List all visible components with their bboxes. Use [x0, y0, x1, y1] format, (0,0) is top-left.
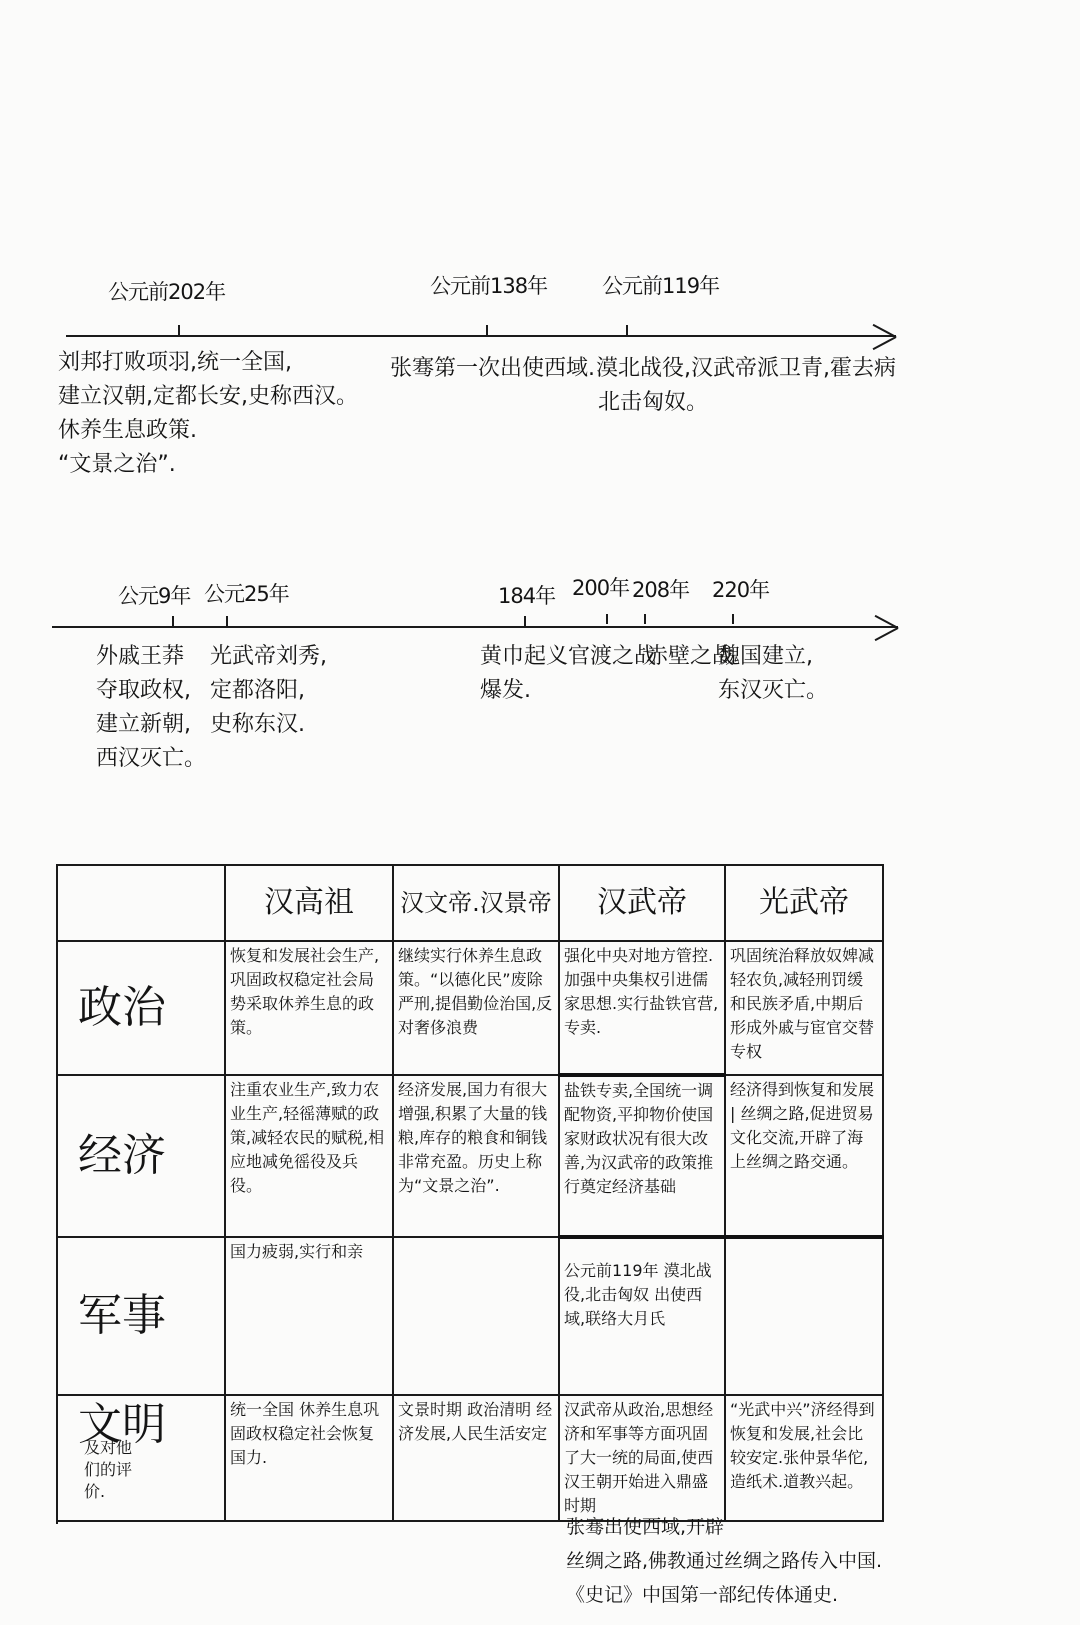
table-cell: [725, 1237, 883, 1395]
event-line: 爆发.: [480, 674, 568, 708]
table-cell: 继续实行休养生息政策。“以德化民”废除严刑,提倡勤俭治国,反对奢侈浪费: [393, 941, 559, 1075]
table-cell: 统一全国 休养生息巩固政权稳定社会恢复国力.: [225, 1395, 393, 1521]
column-header: 汉文帝.汉景帝: [393, 865, 559, 941]
table-row: 政治 恢复和发展社会生产,巩固政权稳定社会局势采取休养生息的政策。 继续实行休养…: [57, 941, 883, 1075]
timeline-tick: [606, 614, 608, 624]
table-cell: 经济得到恢复和发展 | 丝绸之路,促进贸易文化交流,开辟了海上丝绸之路交通。: [725, 1075, 883, 1237]
table-cell: 巩固统治释放奴婢减轻农负,减轻刑罚缓和民族矛盾,中期后形成外戚与宦官交替专权: [725, 941, 883, 1075]
row-header: 经济: [57, 1075, 225, 1237]
event-line: 休养生息政策.: [58, 414, 358, 448]
table-row: 军事 国力疲弱,实行和亲 公元前119年 漠北战役,北击匈奴 出使西域,联络大月…: [57, 1237, 883, 1395]
timeline-date: 208年: [632, 574, 689, 604]
timeline-tick: [486, 325, 488, 335]
timeline-tick: [178, 325, 180, 335]
table-cell: 汉武帝从政治,思想经济和军事等方面巩固了大一统的局面,使西汉王朝开始进入鼎盛时期: [559, 1395, 725, 1521]
timeline-tick: [732, 614, 734, 624]
timeline-date: 公元前119年: [602, 270, 719, 300]
event-line: 东汉灭亡。: [718, 674, 828, 708]
column-header: 汉武帝: [559, 865, 725, 941]
row-header: 军事: [57, 1237, 225, 1395]
timeline-event: 黄巾起义 爆发.: [480, 640, 568, 708]
timeline-event: 官渡之战: [568, 640, 656, 674]
timeline-tick: [524, 616, 526, 626]
event-line: 夺取政权,: [96, 674, 206, 708]
event-line: 西汉灭亡。: [96, 742, 206, 776]
timeline-tick: [644, 614, 646, 624]
table-cell: “光武中兴”济经得到恢复和发展,社会比较安定.张仲景华佗,造纸术.道教兴起。: [725, 1395, 883, 1521]
column-header: 汉高祖: [225, 865, 393, 941]
event-line: 漠北战役,汉武帝派卫青,霍去病: [596, 352, 896, 386]
timeline-tick: [226, 616, 228, 626]
timeline-date: 200年: [572, 572, 629, 602]
timeline-date: 184年: [498, 580, 555, 610]
event-line: 建立新朝,: [96, 708, 206, 742]
timeline-event: 外戚王莽 夺取政权, 建立新朝, 西汉灭亡。: [96, 640, 206, 776]
event-line: 光武帝刘秀,: [210, 640, 327, 674]
table-cell: 经济发展,国力有很大增强,积累了大量的钱粮,库存的粮食和铜钱非常充盈。历史上称为…: [393, 1075, 559, 1237]
column-header: 光武帝: [725, 865, 883, 941]
event-line: 建立汉朝,定都长安,史称西汉。: [58, 380, 358, 414]
event-line: 魏国建立,: [718, 640, 828, 674]
row-header-note: 及对他们的评价.: [84, 1437, 144, 1503]
table-cell: 恢复和发展社会生产,巩固政权稳定社会局势采取休养生息的政策。: [225, 941, 393, 1075]
table-row: 文明及对他们的评价. 统一全国 休养生息巩固政权稳定社会恢复国力. 文景时期 政…: [57, 1395, 883, 1521]
timeline-tick: [172, 616, 174, 626]
table-row: 经济 注重农业生产,致力农业生产,轻徭薄赋的政策,减轻农民的赋税,相应地减免徭役…: [57, 1075, 883, 1237]
note-line: 丝绸之路,佛教通过丝绸之路传入中国.: [566, 1544, 882, 1578]
timeline-tick: [626, 325, 628, 335]
timeline-date: 公元前138年: [430, 270, 547, 300]
timeline-event: 漠北战役,汉武帝派卫青,霍去病 北击匈奴。: [596, 352, 896, 420]
timeline-date: 公元25年: [204, 578, 289, 608]
table-cell: 盐铁专卖,全国统一调配物资,平抑物价使国家财政状况有很大改善,为汉武帝的政策推行…: [559, 1075, 725, 1237]
table-header-row: 汉高祖 汉文帝.汉景帝 汉武帝 光武帝: [57, 865, 883, 941]
table-cell: [393, 1237, 559, 1395]
row-header: 文明及对他们的评价.: [57, 1395, 225, 1521]
event-line: 史称东汉.: [210, 708, 327, 742]
event-line: 张骞第一次出使西域.: [390, 352, 595, 386]
table-left-margin-line: [56, 864, 58, 1524]
timeline-event: 光武帝刘秀, 定都洛阳, 史称东汉.: [210, 640, 327, 742]
comparison-table: 汉高祖 汉文帝.汉景帝 汉武帝 光武帝 政治 恢复和发展社会生产,巩固政权稳定社…: [56, 864, 884, 1522]
timeline-eastern-han-axis: [52, 626, 898, 628]
timeline-date: 公元前202年: [108, 276, 225, 306]
table-cell: 强化中央对地方管控.加强中央集权引进儒家思想.实行盐铁官营,专卖.: [559, 941, 725, 1075]
event-line: 官渡之战: [568, 640, 656, 674]
timeline-event: 张骞第一次出使西域.: [390, 352, 595, 386]
table-cell: 国力疲弱,实行和亲: [225, 1237, 393, 1395]
table-cell: 文景时期 政治清明 经济发展,人民生活安定: [393, 1395, 559, 1521]
timeline-western-han-axis: [66, 335, 896, 337]
row-header: 政治: [57, 941, 225, 1075]
event-line: 刘邦打败项羽,统一全国,: [58, 346, 358, 380]
table-cell: 注重农业生产,致力农业生产,轻徭薄赋的政策,减轻农民的赋税,相应地减免徭役及兵役…: [225, 1075, 393, 1237]
timeline-event: 魏国建立, 东汉灭亡。: [718, 640, 828, 708]
table-overflow-notes: 张骞出使西域,开辟 丝绸之路,佛教通过丝绸之路传入中国. 《史记》中国第一部纪传…: [566, 1510, 882, 1612]
event-line: 定都洛阳,: [210, 674, 327, 708]
table-corner-cell: [57, 865, 225, 941]
note-line: 张骞出使西域,开辟: [566, 1510, 882, 1544]
note-line: 《史记》中国第一部纪传体通史.: [566, 1578, 882, 1612]
timeline-event: 刘邦打败项羽,统一全国, 建立汉朝,定都长安,史称西汉。 休养生息政策. “文景…: [58, 346, 358, 482]
notebook-page: 公元前202年 公元前138年 公元前119年 刘邦打败项羽,统一全国, 建立汉…: [0, 0, 1080, 1625]
event-line: 黄巾起义: [480, 640, 568, 674]
table-cell: 公元前119年 漠北战役,北击匈奴 出使西域,联络大月氏: [559, 1237, 725, 1395]
event-line: “文景之治”.: [58, 448, 358, 482]
event-line: 北击匈奴。: [596, 386, 896, 420]
event-line: 外戚王莽: [96, 640, 206, 674]
timeline-date: 220年: [712, 574, 769, 604]
timeline-date: 公元9年: [118, 580, 190, 610]
